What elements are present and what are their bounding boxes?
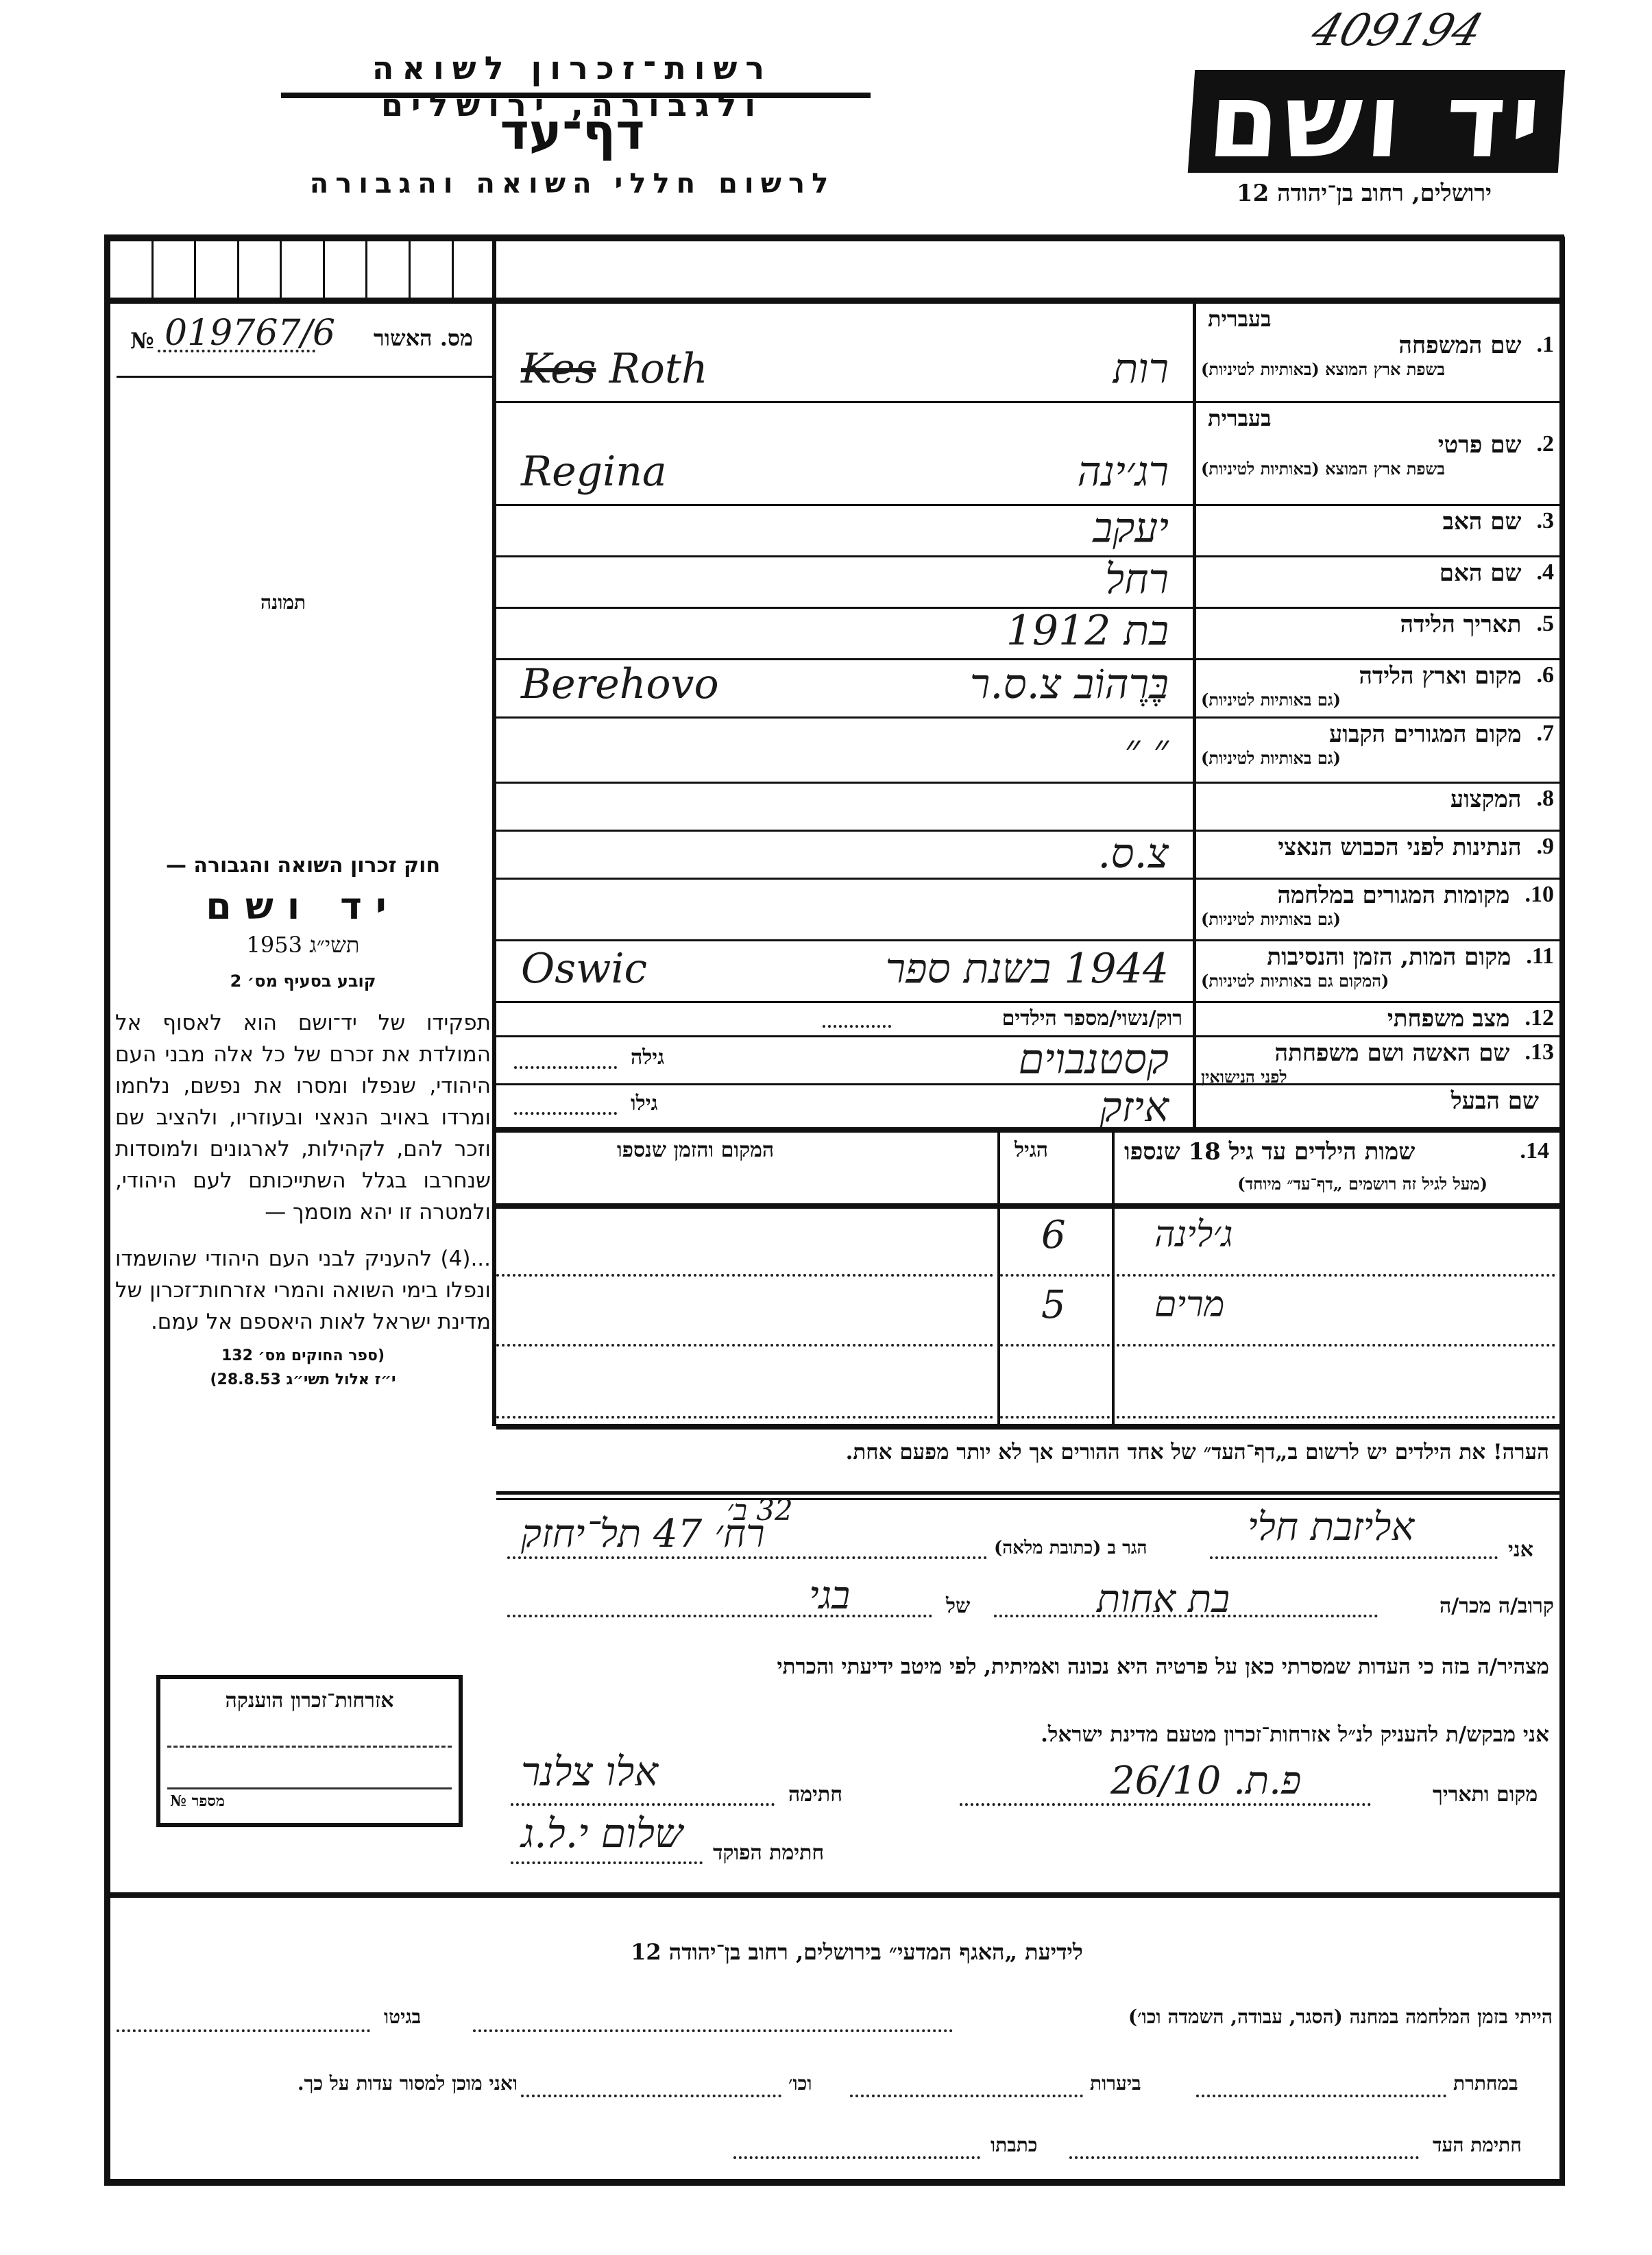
field-title: שם האשה ושם משפחתה: [1275, 1039, 1510, 1067]
forests-label: ביערות: [1090, 2072, 1141, 2095]
witness-address-label: כתבתו: [991, 2134, 1038, 2157]
field-number: 5.: [1537, 611, 1555, 638]
field-value-9[interactable]: צ.ס.: [500, 830, 1189, 878]
children-header-line: [496, 1203, 1559, 1209]
child-age: 5: [1041, 1283, 1066, 1327]
field-number: 12.: [1525, 1005, 1555, 1033]
law-paragraph-2: ...(4) להעניק לבני העם היהודי שהושמדו ונ…: [115, 1243, 491, 1338]
child-row[interactable]: ג׳לינה6: [496, 1209, 1559, 1277]
age-header: הגיל: [1015, 1138, 1048, 1162]
law-paragraph-1: תפקידו של יד־ושם הוא לאסוף אל המולדת את …: [115, 1007, 491, 1228]
field-number: 3.: [1537, 508, 1555, 535]
field-title: שם פרטי: [1438, 431, 1522, 459]
field-number: 9.: [1537, 834, 1555, 861]
field-label-1: בעברית1.שם המשפחהבשפת ארץ המוצא (באותיות…: [1201, 306, 1554, 380]
approval-number-value: 019767/6: [165, 313, 335, 354]
ghetto-label: בגיטו: [384, 2005, 421, 2029]
footer-title: לידיעת „האגף המדעי״ בירושלים, רחוב בן־יה…: [480, 1939, 1234, 1965]
declaration-top-line: [496, 1491, 1559, 1495]
citizenship-box: אזרחות־זכרון הוענקה מספר №: [156, 1675, 463, 1827]
field-title: מקום המגורים הקבוע: [1329, 721, 1521, 748]
value-latin: Kes Roth: [521, 345, 708, 393]
field-separator: [1196, 939, 1559, 941]
value-hebrew: ״ ״: [1124, 725, 1169, 773]
approval-divider: [117, 376, 492, 378]
value-hebrew: רחל: [1105, 555, 1169, 603]
field-value-4[interactable]: רחל: [500, 555, 1189, 607]
field-title: מצב משפחתי: [1387, 1005, 1510, 1033]
field-title: מקום המות, הזמן והנסיבות: [1267, 943, 1511, 971]
ghetto-field: [117, 2029, 370, 2032]
field-sub-label: (המקום גם באותיות לטיניות): [1201, 971, 1554, 991]
field-separator: [1196, 607, 1559, 609]
field-number: 4.: [1537, 559, 1555, 587]
code-grid-cell[interactable]: [325, 241, 368, 300]
field-title: שם הבעל: [1451, 1087, 1539, 1115]
statement: מצהיר/ה בזה כי העדות שמסרתי כאן על פרטיה…: [494, 1654, 1549, 1679]
value-hebrew: בת 1912: [1006, 607, 1169, 655]
law-section: קובע בסעיף מס׳ 2: [115, 972, 491, 991]
field-title: הנתינות לפני הכבוש הנאצי: [1278, 834, 1521, 861]
value-hebrew: קסטנבוים: [1019, 1035, 1169, 1083]
frame-bottom: [104, 2179, 1565, 2186]
field-value-14[interactable]: איזקגילו: [500, 1083, 1189, 1127]
child-row[interactable]: מרים5: [496, 1279, 1559, 1347]
underground-label: במחתרת: [1453, 2072, 1518, 2095]
value-hebrew: יעקב: [1093, 504, 1169, 552]
law-heading: חוק זכרון השואה והגבורה —: [115, 854, 491, 878]
code-grid-cell[interactable]: [454, 241, 495, 300]
of-line: [507, 1615, 932, 1617]
code-grid-cell[interactable]: [196, 241, 239, 300]
field-separator: [1196, 1001, 1559, 1003]
field-label-10: 10.מקומות המגורים במלחמה(גם באותיות לטינ…: [1201, 882, 1554, 930]
field-sub-label: בשפת ארץ המוצא (באותיות לטיניות): [1201, 459, 1554, 479]
field-number: 13.: [1525, 1039, 1555, 1067]
note-top-line: [496, 1424, 1559, 1430]
field-value-11[interactable]: Oswic1944 בשנת ספר: [500, 939, 1189, 1001]
header-divider: [281, 93, 871, 98]
field-separator: [1196, 878, 1559, 880]
citizenship-title: אזרחות־זכרון הוענקה: [160, 1689, 459, 1713]
field-title: שם המשפחה: [1398, 332, 1521, 359]
child-name: מרים: [1154, 1284, 1224, 1325]
field-title: מקום וארץ הלידה: [1359, 662, 1521, 690]
place-date-label: מקום ותאריך: [1433, 1783, 1538, 1807]
signature-value: אלו צלנר: [521, 1748, 658, 1795]
field-separator: [1196, 830, 1559, 832]
form-title: דף־עד: [271, 103, 874, 160]
field-number: 1.: [1537, 332, 1555, 359]
code-grid-cell[interactable]: [367, 241, 411, 300]
field-label-11: 11.מקום המות, הזמן והנסיבות(המקום גם באו…: [1201, 943, 1554, 991]
address-line: [507, 1556, 987, 1559]
value-hebrew: איזק: [1100, 1083, 1169, 1131]
code-grid-cell[interactable]: [154, 241, 197, 300]
value-hebrew: בֶּרֶהוֹב צ.ס.ר: [970, 660, 1169, 708]
approval-number-prefix: №: [130, 328, 154, 354]
field-separator: [1196, 716, 1559, 719]
field-label-3: 3.שם האב: [1201, 508, 1554, 535]
underground-field: [1196, 2095, 1446, 2097]
marital-options: רוק/נשוי/מספר הילדים: [1002, 1006, 1182, 1030]
field-separator: [1196, 1083, 1559, 1085]
field-separator: [1196, 782, 1559, 784]
witness-signature-label: חתימת העד: [1433, 2134, 1522, 2157]
official-signature-label: חתימת הפוקד: [713, 1841, 824, 1865]
footer-line1-start: הייתי בזמן המלחמה במחנה (הסגר, עבודה, הש…: [956, 2005, 1553, 2029]
child-age: 6: [1041, 1213, 1066, 1257]
frame-top: [104, 234, 1564, 241]
forests-field: [850, 2095, 1083, 2097]
note-text: הערה! את הילדים יש לרשום ב„דף־העד״ של אח…: [507, 1440, 1549, 1464]
footer-top-line: [110, 1892, 1559, 1898]
children-num: 14.: [1520, 1138, 1550, 1166]
archive-number-text: 409194: [1305, 5, 1489, 56]
children-title: שמות הילדים עד גיל 18 שנספו: [1124, 1138, 1415, 1166]
field-title: מקומות המגורים במלחמה: [1277, 882, 1509, 909]
code-grid-cell[interactable]: [282, 241, 325, 300]
of-label: של: [946, 1594, 970, 1618]
code-grid-cell[interactable]: [411, 241, 454, 300]
archive-number: 409194: [1304, 5, 1527, 60]
field-label-14: שם הבעל: [1201, 1087, 1554, 1115]
witness-address-field: [733, 2156, 980, 2159]
field-sub-label: (גם באותיות לטיניות): [1201, 748, 1554, 769]
approval-number-row: № 019767/6 מס. האשור: [123, 315, 480, 357]
i-line: [1210, 1556, 1498, 1559]
field-sub-label: בשפת ארץ המוצא (באותיות לטיניות): [1201, 359, 1554, 380]
law-citation-1: (ספר החוקים מס׳ 132: [115, 1347, 491, 1364]
field-title: תאריך הלידה: [1400, 611, 1521, 638]
field-separator: [1196, 658, 1559, 660]
place-time-header: המקום והזמן שנספו: [617, 1138, 774, 1162]
code-grid-cell[interactable]: [110, 241, 154, 300]
spouse-age-label: גילה: [631, 1046, 664, 1070]
law-citation-2: י״ז אלול תשי״ג 28.8.53): [115, 1371, 491, 1388]
field-label-13: 13.שם האשה ושם משפחתהלפני הנישואין: [1201, 1039, 1554, 1087]
frame-left: [104, 237, 110, 2184]
child-row[interactable]: [496, 1351, 1559, 1419]
child-name: ג׳לינה: [1154, 1214, 1233, 1255]
field-value-6[interactable]: Berehovoבֶּרֶהוֹב צ.ס.ר: [500, 658, 1189, 716]
address: ירושלים, רחוב בן־יהודה 12: [1165, 180, 1563, 207]
children-label: 14. שמות הילדים עד גיל 18 שנספו: [1124, 1138, 1549, 1166]
official-signature-value: שלום י.ל.ג: [521, 1810, 683, 1857]
field-label-2: בעברית2.שם פרטיבשפת ארץ המוצא (באותיות ל…: [1201, 405, 1554, 479]
value-hebrew: רג׳ינה: [1077, 448, 1169, 496]
law-name: יד ושם: [115, 884, 491, 928]
value-hebrew: צ.ס.: [1097, 830, 1169, 878]
relation-label: קרוב/ה מכר/ה: [1440, 1594, 1554, 1618]
value-hebrew: 1944 בשנת ספר: [886, 945, 1169, 993]
field-label-5: 5.תאריך הלידה: [1201, 611, 1554, 638]
field-label-9: 9.הנתינות לפני הכבוש הנאצי: [1201, 834, 1554, 861]
field-label-6: 6.מקום וארץ הלידה(גם באותיות לטיניות): [1201, 662, 1554, 710]
i-label: אני: [1508, 1538, 1533, 1562]
place-date-line: [960, 1803, 1371, 1806]
photo-label: תמונה: [260, 591, 306, 614]
value-hebrew: רות: [1113, 345, 1169, 393]
field-value-1[interactable]: Kes Rothרות: [500, 302, 1189, 401]
struck-surname: Kes: [521, 345, 596, 393]
field-value-10[interactable]: [500, 878, 1189, 939]
field-value-3[interactable]: יעקב: [500, 504, 1189, 555]
field-title: המקצוע: [1450, 786, 1522, 813]
place-date-value: פ.ת. 26/10: [1110, 1759, 1301, 1803]
witness-signature-field: [1069, 2156, 1419, 2159]
field-label-12: 12.מצב משפחתי: [1201, 1005, 1554, 1033]
field-title: שם האב: [1443, 508, 1522, 535]
code-grid-cell[interactable]: [239, 241, 282, 300]
field-separator: [1196, 401, 1559, 403]
etc-field: [521, 2095, 781, 2097]
field-value-2[interactable]: Reginaרג׳ינה: [500, 401, 1189, 504]
value-latin: Berehovo: [521, 660, 719, 708]
value-latin: Regina: [521, 448, 667, 496]
field-number: 11.: [1526, 943, 1554, 971]
field-label-4: 4.שם האם: [1201, 559, 1554, 587]
field-number: 6.: [1537, 662, 1555, 690]
testimony-willing: ואני מוכן למסור עדות על כך.: [113, 2072, 518, 2095]
value-latin: Oswic: [521, 945, 647, 993]
frame-right: [1559, 237, 1565, 2184]
code-grid: [110, 241, 494, 300]
field-title: שם האם: [1440, 559, 1522, 587]
field-value-5[interactable]: בת 1912: [500, 607, 1189, 658]
law-text-block: חוק זכרון השואה והגבורה — יד ושם תשי״ג 1…: [115, 854, 491, 1388]
request: אני מבקש/ת להעניק לנ״ל אזרחות־זכרון מטעם…: [754, 1722, 1549, 1747]
field-sub-label: (גם באותיות לטיניות): [1201, 909, 1554, 930]
yad-vashem-logo: יד ושם: [1188, 70, 1565, 173]
field-value-12[interactable]: רוק/נשוי/מספר הילדים: [500, 1001, 1189, 1035]
field-separator: [1196, 555, 1559, 557]
etc-label: וכו׳: [788, 2072, 812, 2095]
relation-value: בת אחות: [1097, 1577, 1230, 1621]
address-value: רח׳ 47 תל־יחזק: [521, 1512, 765, 1556]
of-value: בגי: [809, 1573, 850, 1618]
field-sub-label: (גם באותיות לטיניות): [1201, 690, 1554, 710]
field-number: 10.: [1525, 882, 1555, 909]
spouse-age-label: גילו: [631, 1092, 657, 1116]
camp-field: [473, 2029, 953, 2032]
resides-label: הגר ב (כתובת מלאה): [994, 1538, 1147, 1558]
hebrew-tag: בעברית: [1201, 306, 1554, 332]
official-signature-line: [511, 1861, 703, 1864]
signature-line: [511, 1803, 775, 1806]
approval-number-label: מס. האשור: [374, 325, 473, 351]
citizenship-number-label: מספר №: [170, 1792, 225, 1810]
field-label-7: 7.מקום המגורים הקבוע(גם באותיות לטיניות): [1201, 721, 1554, 769]
section14-top-line: [496, 1127, 1559, 1133]
field-label-8: 8.המקצוע: [1201, 786, 1554, 813]
hebrew-tag: בעברית: [1201, 405, 1554, 431]
field-value-13[interactable]: קסטנבויםגילה: [500, 1035, 1189, 1083]
field-number: 8.: [1537, 786, 1555, 813]
signature-label: חתימה: [788, 1783, 842, 1807]
field-value-7[interactable]: ״ ״: [500, 716, 1189, 782]
field-number: 7.: [1537, 721, 1555, 748]
law-year: תשי״ג 1953: [115, 932, 491, 958]
declarant-name: אליזבת חלי: [1248, 1505, 1414, 1549]
form-subtitle: לרשום חללי השואה והגבורה: [271, 168, 874, 200]
field-separator: [1196, 1035, 1559, 1037]
field-number: 2.: [1537, 431, 1555, 459]
declaration-top-line-2: [496, 1498, 1559, 1500]
field-value-8[interactable]: [500, 782, 1189, 830]
grid-right-border: [492, 241, 496, 300]
children-sub: (מעל לגיל זה רושמים „דף־עד״ מיוחד): [1117, 1174, 1487, 1194]
field-separator: [1196, 504, 1559, 506]
